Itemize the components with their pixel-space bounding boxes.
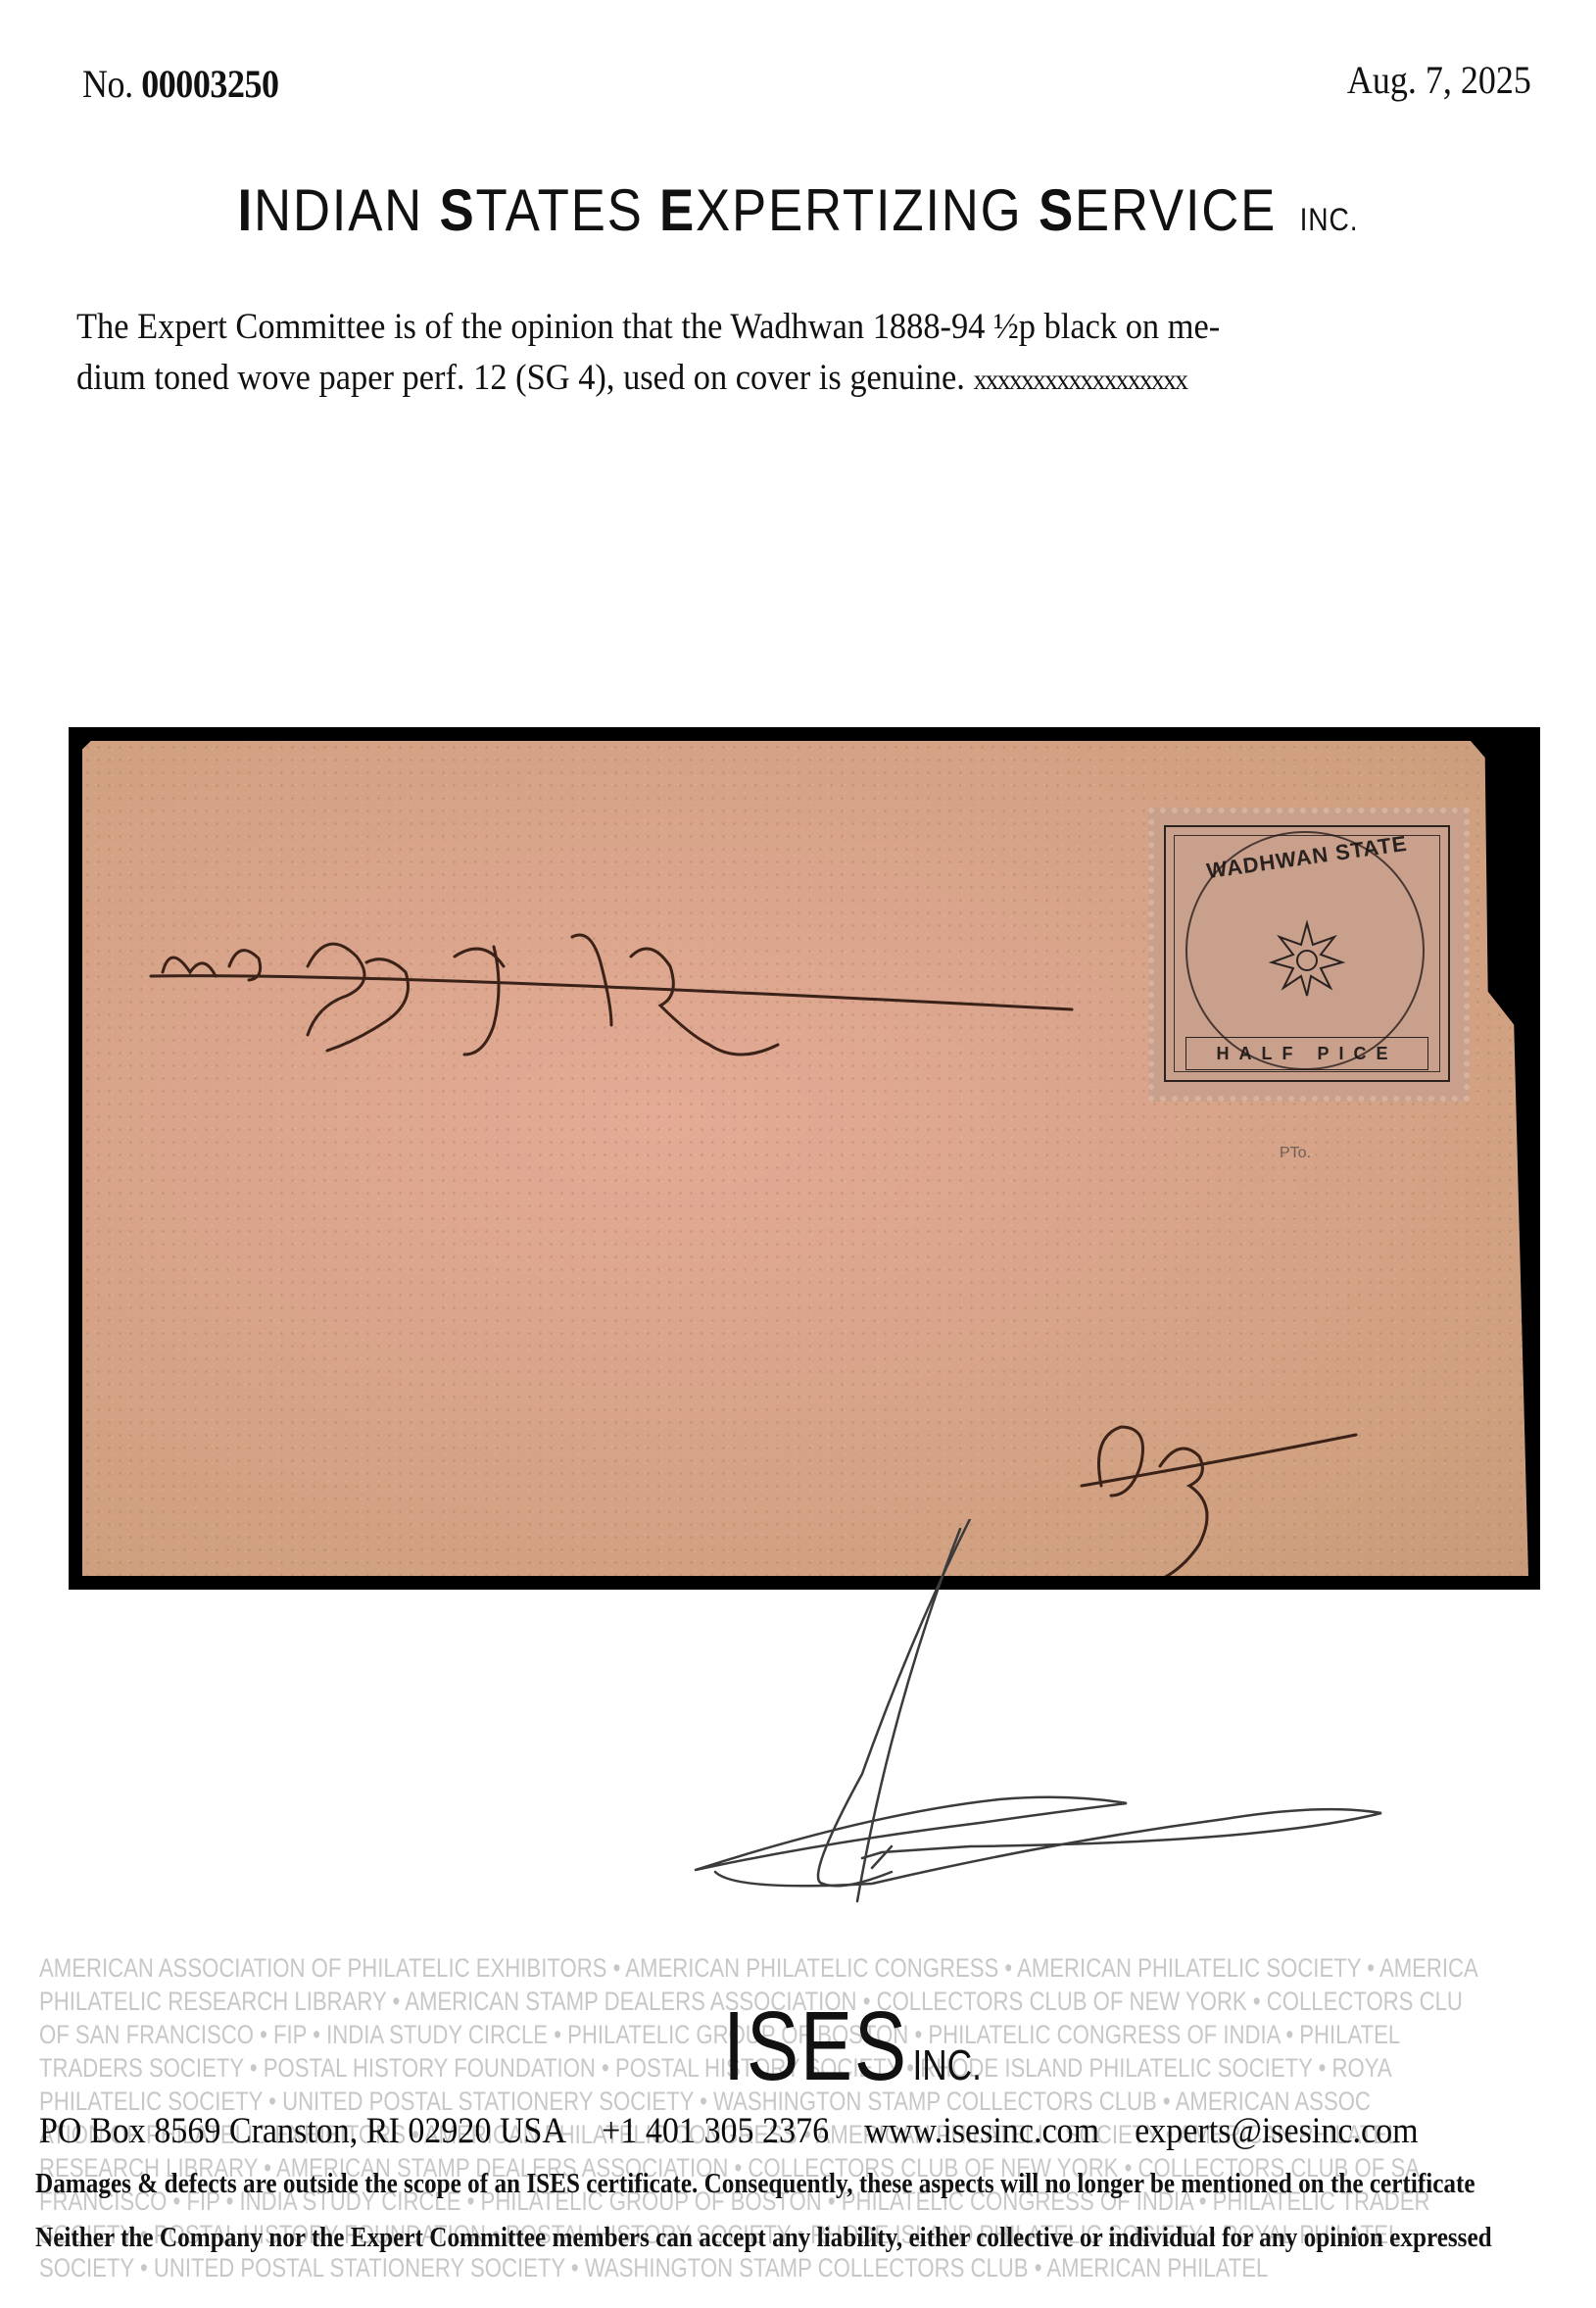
cover-envelope: WADHWAN STATE HALF PICE PTo. — [82, 741, 1528, 1576]
postmark-cancel — [1185, 831, 1425, 1070]
certificate-date: Aug. 7, 2025 — [1347, 57, 1531, 103]
title-word-indian: INDIAN — [238, 177, 424, 243]
expert-signature — [676, 1519, 1460, 1940]
certificate-number: No. 00003250 — [82, 61, 279, 107]
organization-title: INDIAN STATES EXPERTIZING SERVICE INC. — [96, 176, 1501, 244]
disclaimer-damages: Damages & defects are outside the scope … — [35, 2169, 1475, 2200]
member-list-line: SOCIETY • UNITED POSTAL STATIONERY SOCIE… — [39, 2253, 1268, 2283]
opinion-statement: The Expert Committee is of the opinion t… — [76, 302, 1543, 406]
title-word-service: SERVICE — [1039, 177, 1277, 243]
logo-text: ISES — [723, 1991, 908, 2101]
cover-photo-frame: WADHWAN STATE HALF PICE PTo. — [69, 727, 1540, 1590]
certificate-number-value: 00003250 — [141, 62, 278, 106]
opinion-line-1: The Expert Committee is of the opinion t… — [76, 302, 1543, 353]
disclaimer-liability: Neither the Company nor the Expert Commi… — [35, 2223, 1492, 2254]
ises-logo: ISESINC. — [723, 1997, 982, 2115]
title-suffix: INC. — [1300, 202, 1359, 237]
member-list-line: OF SAN FRANCISCO • FIP • INDIA STUDY CIR… — [39, 2020, 1400, 2050]
opinion-filler: xxxxxxxxxxxxxxxxxx — [973, 364, 1186, 396]
title-word-expertizing: EXPERTIZING — [659, 177, 1022, 243]
title-word-states: STATES — [440, 177, 644, 243]
postal-address: PO Box 8569 Cranston, RI 02920 USA — [39, 2111, 566, 2151]
pencil-note: PTo. — [1280, 1145, 1311, 1162]
phone-number: +1 401 305 2376 — [602, 2111, 829, 2151]
logo-suffix: INC. — [913, 2041, 982, 2089]
website-link[interactable]: www.isesinc.com — [864, 2111, 1099, 2151]
member-list-line: TRADERS SOCIETY • POSTAL HISTORY FOUNDAT… — [39, 2053, 1392, 2084]
contact-info: PO Box 8569 Cranston, RI 02920 USA +1 40… — [39, 2110, 1419, 2152]
email-link[interactable]: experts@isesinc.com — [1135, 2111, 1418, 2151]
opinion-line-2: dium toned wove paper perf. 12 (SG 4), u… — [76, 353, 1543, 406]
member-list-line: AMERICAN ASSOCIATION OF PHILATELIC EXHIB… — [39, 1953, 1478, 1984]
certificate-number-label: No. — [82, 62, 133, 106]
wadhwan-stamp: WADHWAN STATE HALF PICE — [1148, 808, 1470, 1102]
